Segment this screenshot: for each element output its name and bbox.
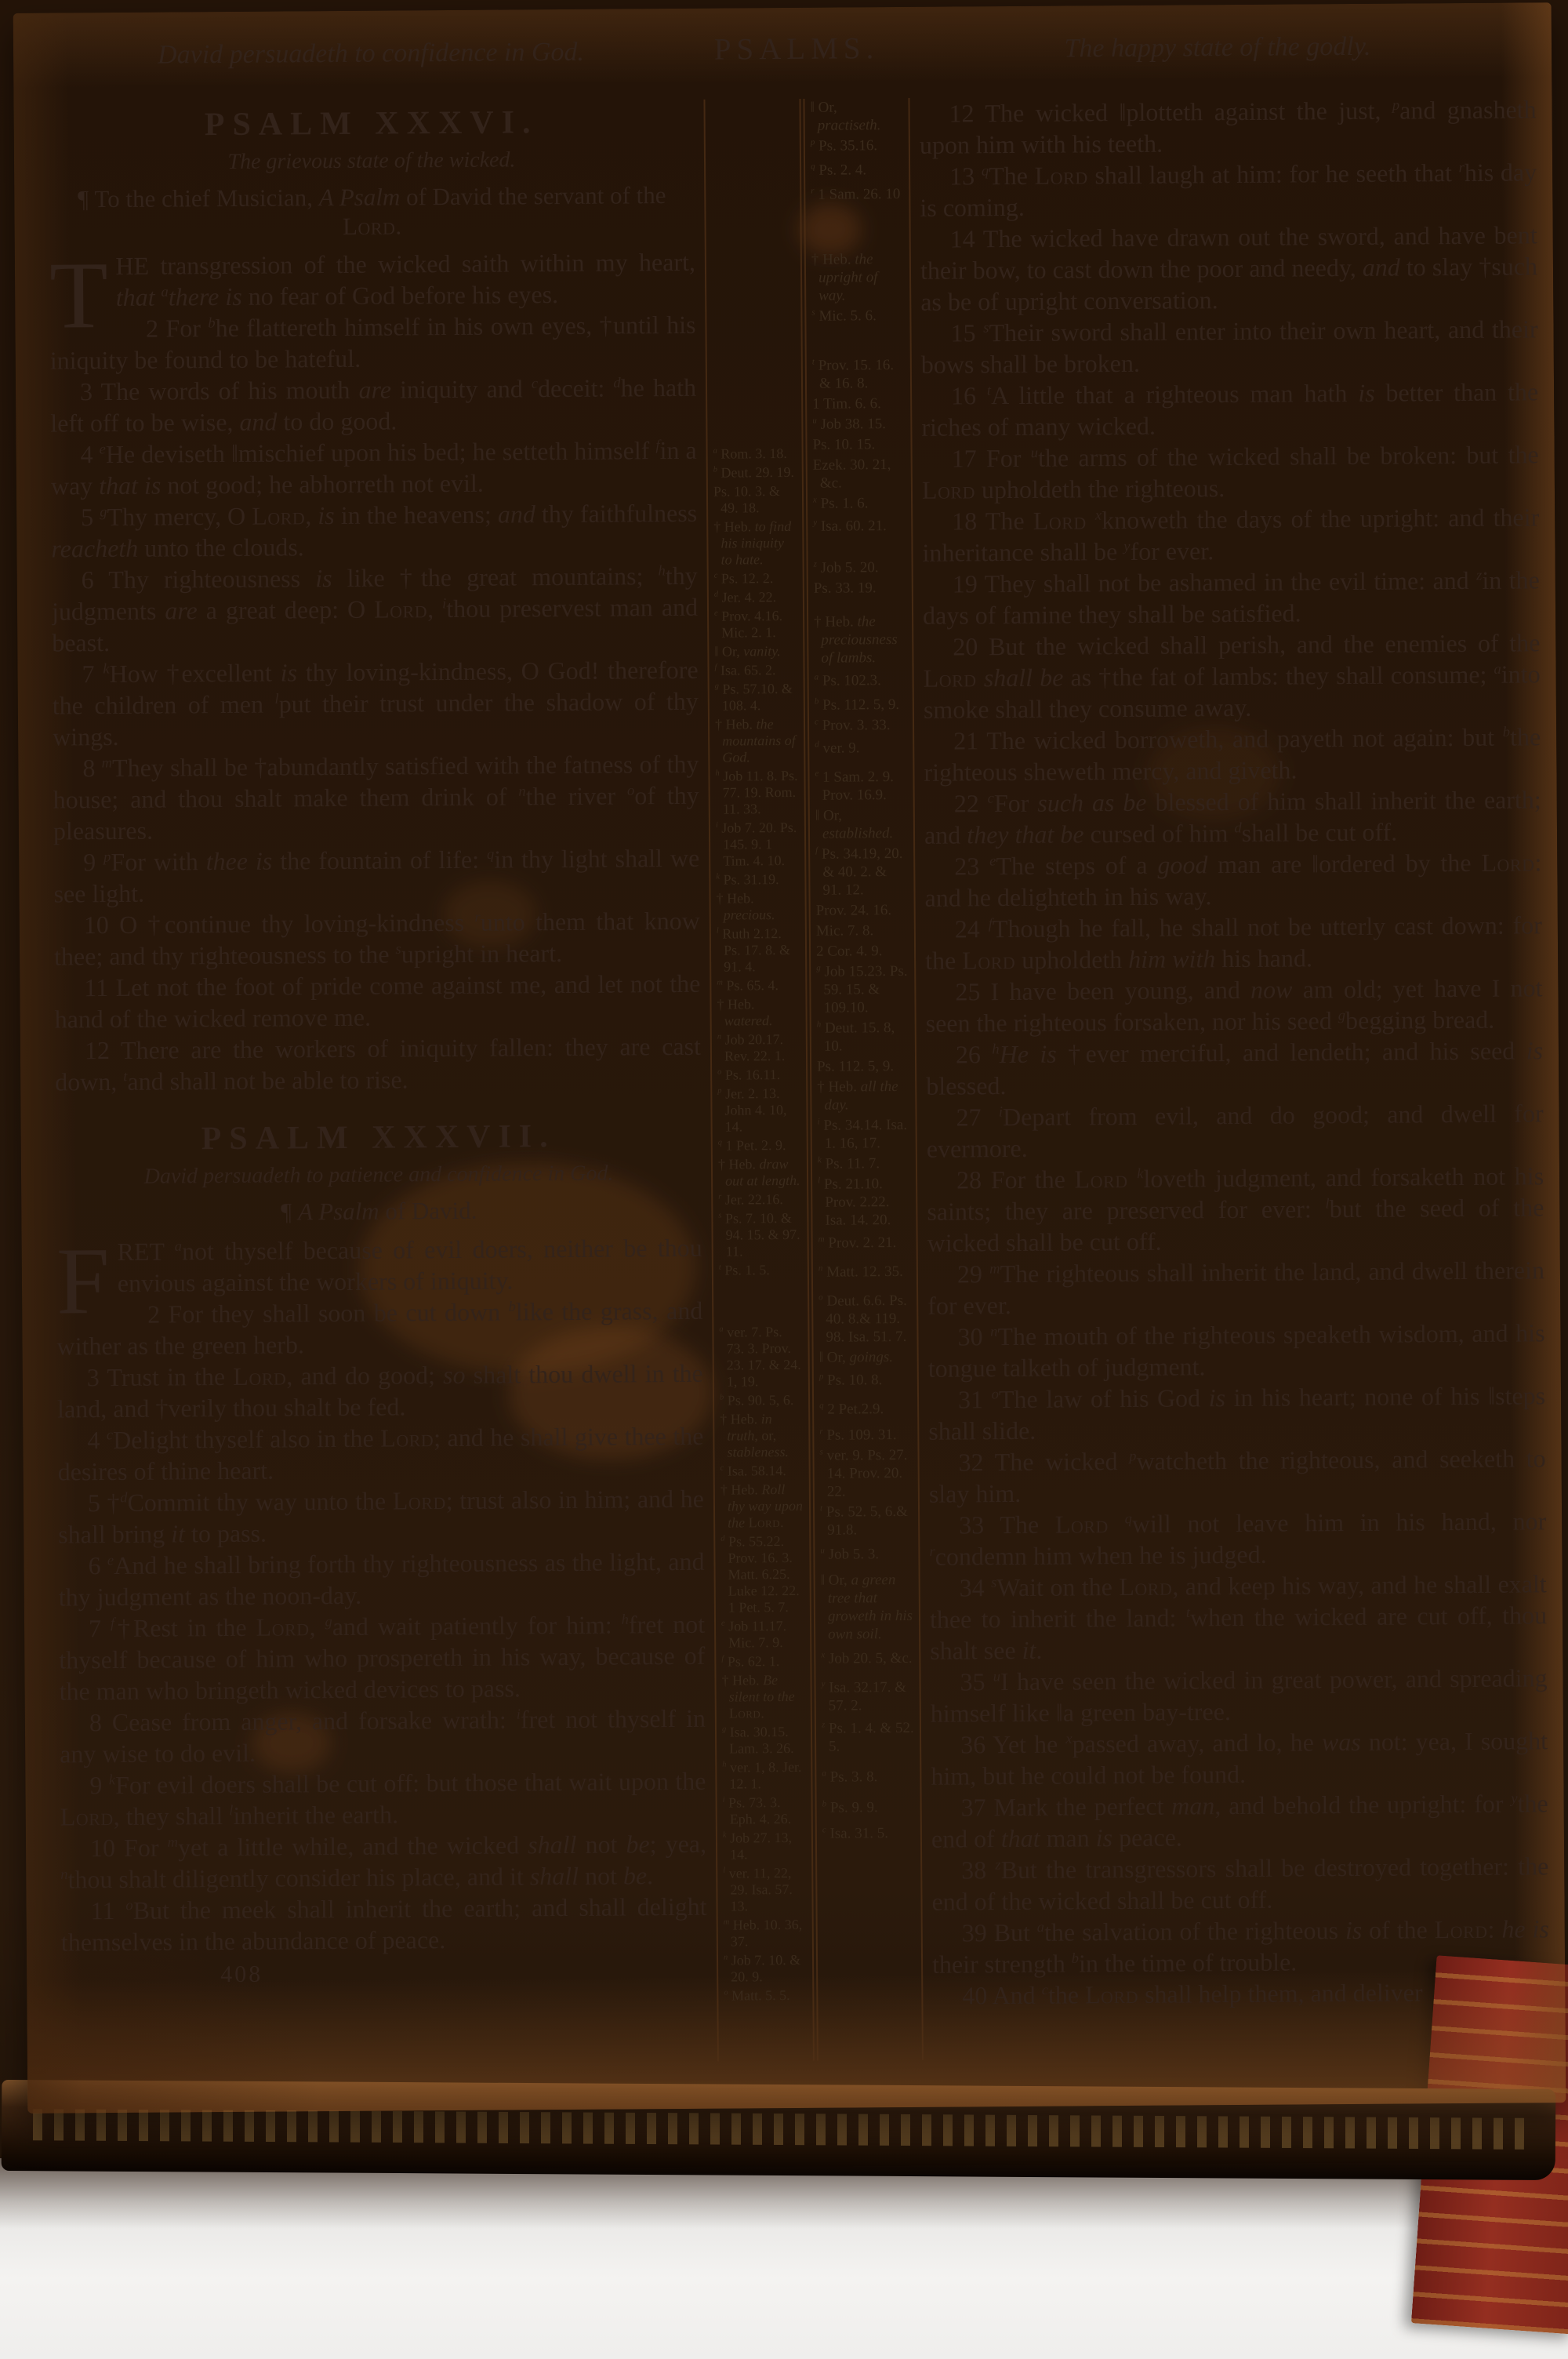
small-caps-lord: Lord [729, 1705, 761, 1721]
cross-reference-letter: g [325, 1613, 332, 1630]
cross-reference-letter: k [1137, 1165, 1143, 1182]
cross-reference-letter: m [724, 1918, 730, 1927]
margin-note: g Ps. 57.10. & 108. 4. [715, 681, 798, 714]
cross-reference-letter: t [820, 1503, 822, 1513]
margin-note: l ver. 11, 22, 29. Isa. 57. 13. [723, 1865, 806, 1915]
verse: 13 qThe Lord shall laugh at him: for he … [920, 156, 1537, 223]
cross-reference-letter: m [167, 1834, 178, 1851]
margin-note: Ps. 10. 15. [812, 435, 905, 454]
psalm-36-subtitle: The grievous state of the wicked. [49, 147, 695, 176]
cross-reference-letter: a [815, 672, 819, 682]
verse: 27 iDepart from evil, and do good; and d… [926, 1097, 1544, 1164]
margin-note-group: a Rom. 3. 18.b Deut. 29. 19.Ps. 10. 3. &… [713, 445, 802, 1279]
verse: 6 eAnd he shall bring forth thy righteou… [58, 1546, 705, 1613]
small-caps-lord: Lord [252, 501, 305, 529]
small-caps-lord: Lord [256, 1612, 309, 1641]
cross-reference-letter: a [1037, 1919, 1044, 1936]
cross-reference-letter: b [1072, 1950, 1079, 1967]
margin-note: † Heb. the upright of way. [811, 250, 904, 305]
verse: 11 oBut the meek shall inherit the earth… [60, 1890, 707, 1957]
cross-reference-letter: h [715, 769, 719, 778]
cross-reference-letter: b [713, 466, 717, 474]
margin-note: h ver. 1, 8. Jer. 12. 1. [722, 1759, 805, 1793]
verse: 32 The wicked pwatcheth the righteous, a… [928, 1442, 1546, 1509]
cross-reference-letter: h [658, 563, 665, 580]
cross-reference-letter: l [1325, 1196, 1329, 1212]
verse: 19 They shall not be ashamed in the evil… [923, 564, 1541, 631]
cross-reference-letter: q [487, 846, 494, 863]
cross-reference-letter: u [820, 1546, 825, 1555]
cross-reference-letter: s [718, 1212, 721, 1220]
margin-note: u Job 38. 15. [812, 415, 905, 434]
cross-reference-letter: z [1476, 567, 1482, 583]
margin-note: b Ps. 112. 5, 9. [815, 696, 907, 714]
cross-reference-letter: e [107, 1552, 114, 1568]
cross-reference-letter: z [822, 1720, 825, 1729]
verse: 5 gThy mercy, O Lord, is in the heavens;… [51, 497, 698, 565]
cross-reference-letter: n [60, 1866, 67, 1883]
margin-note: a ver. 7. Ps. 73. 3. Prov. 23. 17. & 24.… [719, 1324, 803, 1390]
margin-note: p Ps. 10. 8. [819, 1371, 912, 1390]
verse: 9 kFor evil doers shall be cut off: but … [60, 1765, 706, 1833]
cross-reference-letter: y [1511, 1790, 1517, 1807]
small-caps-lord: Lord [1035, 161, 1088, 189]
margin-note: † Heb. Roll thy way upon the Lord. [720, 1481, 804, 1532]
psalm-37-verses-right: 12 The wicked ‖plotteth against the just… [919, 93, 1549, 2011]
cross-reference-letter: a [161, 284, 168, 300]
verse: 24 fThough he fall, he shall not be utte… [925, 909, 1543, 976]
cross-reference-letter: d [714, 591, 718, 599]
verse: 3 Trust in the Lord, and do good; so sha… [57, 1358, 704, 1425]
margin-note: Mic. 7. 8. [816, 921, 909, 940]
margin-note: q 2 Pet.2.9. [819, 1400, 912, 1419]
margin-note: q 1 Pet. 2. 9. [718, 1137, 801, 1154]
cross-reference-letter: b [1503, 724, 1510, 740]
margin-note: m Heb. 10. 36, 37. [724, 1917, 807, 1950]
margin-note: y Isa. 32.17. & 57. 2. [822, 1678, 914, 1715]
margin-note: c Isa. 58.14. [720, 1463, 804, 1480]
psalm-36: PSALM XXXVI. The grievous state of the w… [49, 103, 702, 1098]
cross-reference-letter: t [987, 383, 991, 399]
verse: 29 mThe righteous shall inherit the land… [927, 1254, 1545, 1321]
margin-note: i Ps. 34.14. Isa. 1. 16, 17. [818, 1116, 910, 1153]
cross-reference-letter: l [229, 1802, 233, 1819]
cross-reference-letter: a [713, 447, 717, 456]
margin-note: x Job 20. 5, &c. [821, 1649, 913, 1668]
cross-reference-letter: p [811, 137, 815, 147]
cross-reference-letter: z [814, 559, 817, 569]
verse: 39 But athe salvation of the righteous i… [932, 1913, 1550, 1979]
cross-reference-letter: p [1392, 97, 1399, 114]
margin-note: f Ps. 34.19, 20. & 40. 2. & 91. 12. [815, 845, 908, 900]
psalm-36-verses: THE transgression of the wicked saith wi… [49, 246, 702, 1098]
cross-reference-letter: b [208, 315, 215, 332]
cross-reference-letter: k [103, 661, 109, 678]
cross-reference-letter: r [474, 909, 480, 925]
verse: 16 tA little that a righteous man hath i… [921, 376, 1539, 442]
margin-note: l Ruth 2.12. Ps. 17. 8. & 91. 4. [717, 925, 800, 976]
cross-reference-letter: r [718, 1193, 721, 1201]
cross-reference-letter: f [989, 916, 993, 932]
margin-note: c Ps. 12. 2. [714, 570, 797, 587]
margin-note: Prov. 24. 16. [816, 901, 909, 920]
cross-reference-letter: r [819, 1427, 822, 1436]
cross-reference-letter: q [718, 1139, 722, 1147]
cross-reference-letter: c [532, 376, 538, 392]
cross-reference-letter: c [988, 791, 994, 807]
margin-note: † Heb. the mountains of God. [715, 716, 798, 766]
cross-reference-letter: m [989, 1260, 1000, 1277]
verse: 21 The wicked borroweth, and payeth not … [924, 721, 1541, 787]
margin-note: † Heb. Be silent to the Lord. [721, 1672, 804, 1722]
small-caps-lord: Lord [60, 1802, 114, 1830]
cross-reference-letter: n [990, 1324, 997, 1340]
verse: 7 kHow †excellent is thy loving-kindness… [52, 654, 699, 753]
cross-reference-letter: g [816, 963, 821, 972]
margin-references-column-1: a Rom. 3. 18.b Deut. 29. 19.Ps. 10. 3. &… [705, 99, 812, 2062]
margin-note: c Isa. 31. 5. [822, 1824, 915, 1843]
margin-note: † Heb. all the day. [817, 1078, 909, 1114]
verse: 6 Thy righteousness is like †the great m… [52, 560, 699, 659]
verse: 2 For bhe flattereth himself in his own … [49, 309, 696, 376]
psalm-37-subtitle: David persuadeth to patience and confide… [56, 1161, 702, 1190]
psalm-36-inscription: ¶ To the chief Musician, A Psalm of Davi… [74, 181, 670, 242]
cross-reference-letter: f [655, 438, 659, 454]
cross-reference-letter: f [721, 1655, 724, 1663]
margin-note: ‖ Or, vanity. [714, 643, 797, 660]
page-number: 408 [155, 1961, 328, 1989]
margin-note-group: a ver. 7. Ps. 73. 3. Prov. 23. 17. & 24.… [719, 1324, 807, 2005]
cross-reference-letter: b [508, 1299, 515, 1315]
verse: THE transgression of the wicked saith wi… [49, 246, 696, 314]
scanned-bible-page-photo: David persuadeth to confidence in God. P… [0, 0, 1568, 2359]
cross-reference-letter: b [815, 696, 819, 706]
psalm-36-title: PSALM XXXVI. [49, 103, 695, 145]
verse: 31 oThe law of his God is in his heart; … [928, 1379, 1546, 1446]
margin-note: t Prov. 15. 16. & 16. 8. [812, 356, 905, 393]
cross-reference-letter: y [813, 518, 817, 527]
cross-reference-letter: q [819, 1401, 824, 1410]
verse: 30 nThe mouth of the righteous speaketh … [927, 1317, 1545, 1383]
margin-note: n Job 20.17. Rev. 22. 1. [717, 1031, 800, 1065]
verse: 4 cDelight thyself also in the Lord; and… [57, 1420, 704, 1488]
margin-note: ‖ Or, goings. [819, 1348, 912, 1367]
cross-reference-letter: i [716, 821, 718, 830]
cross-reference-letter: r [1459, 159, 1465, 176]
cross-reference-letter: o [627, 783, 634, 799]
margin-note: † Heb. draw out at length. [718, 1156, 801, 1190]
margin-note: † Heb. watered. [717, 996, 800, 1030]
cross-reference-letter: i [723, 1796, 725, 1805]
text-columns: PSALM XXXVI. The grievous state of the w… [48, 93, 1549, 2066]
bible-page: David persuadeth to confidence in God. P… [13, 2, 1566, 2114]
cross-reference-letter: l [818, 1176, 820, 1185]
margin-note: h Job 11. 8. Ps. 77. 19. Rom. 11. 33. [715, 768, 798, 818]
cross-reference-letter: x [1095, 507, 1102, 524]
margin-note: k Job 27. 13, 14. [723, 1830, 806, 1863]
cross-reference-letter: o [991, 1386, 998, 1402]
verse: 15 sTheir sword shall enter into their o… [920, 313, 1538, 380]
cross-reference-letter: d [613, 375, 620, 391]
verse: 26 hHe is †ever merciful, and lendeth; a… [926, 1034, 1544, 1101]
margin-note: f Ps. 62. 1. [721, 1653, 804, 1670]
margin-note: ‖ Or, a green tree that groweth in his o… [821, 1571, 914, 1644]
verse: 9 pFor with thee is the fountain of life… [53, 842, 700, 910]
small-caps-lord: Lord [233, 1361, 286, 1390]
running-head-title: PSALMS. [694, 31, 899, 67]
cross-reference-letter: p [103, 849, 111, 866]
cross-reference-letter: p [819, 1372, 824, 1381]
cross-reference-letter: l [723, 1866, 725, 1875]
margin-note: s Mic. 5. 6. [811, 307, 904, 325]
cross-reference-letter: o [717, 1068, 721, 1077]
psalm-37-verses-left: FRET anot thyself because of evil doers,… [56, 1232, 707, 1958]
verse: 7 f†Rest in the Lord, gand wait patientl… [59, 1608, 706, 1707]
small-caps-lord: Lord [380, 1423, 434, 1452]
margin-note: t Ps. 1. 5. [719, 1262, 802, 1279]
verse: 4 eHe deviseth ‖mischief upon his bed; h… [50, 434, 697, 502]
margin-note: f Isa. 65. 2. [714, 662, 797, 679]
verse: 28 For the Lord kloveth judgment, and fo… [927, 1160, 1544, 1258]
margin-note: p Jer. 2. 13. John 4. 10, 14. [717, 1085, 800, 1136]
cross-reference-letter: h [621, 1612, 628, 1628]
cross-reference-letter: m [102, 755, 113, 772]
cross-reference-letter: t [719, 1263, 721, 1272]
cross-reference-letter: o [818, 1292, 823, 1302]
margin-note: 2 Cor. 4. 9. [816, 942, 909, 961]
margin-note: d ver. 9. [815, 739, 907, 758]
cross-reference-letter: i [999, 1103, 1003, 1120]
small-caps-lord: Lord [393, 1486, 446, 1514]
verse: 17 For uthe arms of the wicked shall be … [922, 438, 1540, 505]
cross-reference-letter: c [815, 717, 818, 726]
margin-note: m Ps. 65. 4. [717, 977, 800, 994]
cross-reference-letter: i [442, 596, 446, 612]
cross-reference-letter: q [811, 162, 815, 171]
verse: 10 O †continue thy loving-kindness runto… [54, 905, 701, 972]
margin-note: † Heb. in truth, or, stableness. [720, 1411, 803, 1461]
cross-reference-letter: k [723, 1831, 727, 1840]
small-caps-lord: Lord [1033, 506, 1087, 534]
psalm-37-title: PSALM XXXVII. [56, 1117, 702, 1159]
cross-reference-letter: d [1234, 820, 1241, 836]
margin-note: s Ps. 7. 10. & 94. 15. & 97. 11. [718, 1210, 801, 1260]
gilt-tooling-pattern [33, 2109, 1525, 2149]
cross-reference-letter: n [518, 783, 525, 800]
cross-reference-letter: i [517, 1706, 521, 1722]
verse: 14 The wicked have drawn out the sword, … [920, 219, 1538, 317]
cross-reference-letter: m [717, 979, 723, 987]
cross-reference-letter: n [818, 1263, 823, 1273]
verse: 34 sWait on the Lord, and keep his way, … [930, 1568, 1548, 1666]
verse: 3 The words of his mouth are iniquity an… [50, 372, 697, 439]
cross-reference-letter: o [724, 1989, 728, 1997]
verse: 20 But the wicked shall perish, and the … [923, 627, 1541, 725]
cross-reference-letter: g [715, 682, 719, 691]
cross-reference-letter: h [992, 1041, 999, 1057]
cross-reference-letter: t [1186, 1605, 1190, 1621]
small-caps-lord: Lord [1055, 1510, 1109, 1538]
cross-reference-letter: a [1494, 661, 1501, 678]
verse: 37 Mark the perfect man, and behold the … [931, 1787, 1549, 1854]
cross-reference-letter: c [714, 572, 718, 580]
verse: 10 For myet a little while, and the wick… [60, 1827, 707, 1895]
margin-note: e Prov. 4.16. Mic. 2. 1. [714, 608, 797, 642]
margin-note: o Deut. 6.6. Ps. 40. 8.& 119. 98. Isa. 5… [818, 1292, 911, 1347]
margin-references-column-2: ‖ Or, practiseth.p Ps. 35.16.q Ps. 2. 4.… [804, 98, 921, 2061]
verse: 8 Cease from anger, and forsake wrath: i… [60, 1703, 706, 1770]
cross-reference-letter: n [724, 1954, 728, 1962]
cross-reference-letter: s [811, 307, 815, 317]
margin-note: b Ps. 9. 9. [822, 1798, 915, 1817]
cross-reference-letter: k [716, 873, 720, 881]
verse: 25 I have been young, and now am old; ye… [925, 972, 1543, 1038]
margin-note: † Heb. precious. [717, 890, 800, 924]
margin-note: ‖ Or, practiseth. [810, 98, 902, 135]
margin-note: k Ps. 11. 7. [818, 1154, 910, 1173]
cross-reference-letter: u [812, 416, 817, 425]
cross-reference-letter: c [720, 1464, 724, 1473]
cross-reference-letter: b [822, 1799, 827, 1808]
cross-reference-letter: e [714, 609, 718, 618]
cross-reference-letter: t [123, 1068, 127, 1085]
running-head: David persuadeth to confidence in God. P… [48, 26, 1536, 71]
cross-reference-letter: y [822, 1679, 826, 1688]
cross-reference-letter: i [818, 1117, 820, 1126]
cross-reference-letter: f [111, 1615, 114, 1631]
margin-note: y Isa. 60. 21. [813, 517, 906, 536]
verse: 18 The Lord xknoweth the days of the upr… [922, 501, 1540, 568]
cross-reference-letter: l [274, 691, 278, 707]
verse: 38 zBut the transgressors shall be destr… [931, 1850, 1549, 1917]
margin-note: p Ps. 35.16. [811, 136, 903, 155]
cross-reference-letter: k [818, 1155, 822, 1165]
cross-reference-letter: e [815, 769, 818, 778]
margin-note: † Heb. the preciousness of lambs. [814, 612, 906, 667]
margin-note: g Isa. 30.15. Lam. 3. 26. [722, 1724, 805, 1757]
cross-reference-letter: n [717, 1033, 721, 1041]
margin-note: † Heb. to find his iniquity to hate. [713, 518, 797, 569]
cross-reference-letter: g [100, 504, 107, 521]
margin-note: a Rom. 3. 18. [713, 445, 797, 463]
cross-reference-letter: q [1124, 1510, 1131, 1527]
verse: 23 eThe steps of a good man are ‖ordered… [924, 846, 1542, 913]
small-caps-lord: Lord [923, 663, 976, 692]
margin-note: o Matt. 5. 5. [724, 1987, 807, 2005]
margin-note: e Job 11.17. Mic. 7. 9. [721, 1618, 804, 1652]
cross-reference-letter: z [995, 1856, 1000, 1873]
cross-reference-letter: t [812, 357, 815, 366]
margin-note: l Ps. 21.10. Prov. 2.22. Isa. 14. 20. [818, 1175, 910, 1230]
cross-reference-letter: g [722, 1725, 726, 1734]
cross-reference-letter: s [819, 1447, 822, 1456]
margin-note: ‖ Or, established. [815, 806, 908, 843]
verse: 12 The wicked ‖plotteth against the just… [919, 93, 1537, 160]
cross-reference-letter: s [395, 941, 401, 958]
drop-cap: F [56, 1236, 118, 1323]
verse: 11 Let not the foot of pride come agains… [54, 968, 701, 1035]
small-caps-lord: Lord [343, 212, 396, 239]
margin-note: Ezek. 30. 21, &c. [813, 456, 906, 493]
cross-reference-letter: u [1031, 445, 1038, 461]
margin-note: q Ps. 2. 4. [811, 161, 903, 180]
running-head-right: The happy state of the godly. [899, 31, 1536, 65]
margin-note: n Matt. 12. 35. [818, 1263, 911, 1281]
small-caps-lord: Lord [1074, 1165, 1127, 1193]
cross-reference-letter: o [125, 1897, 132, 1914]
margin-note: k Ps. 31.19. [716, 871, 799, 889]
small-caps-lord: Lord [1481, 848, 1534, 876]
margin-note: r Jer. 22.16. [718, 1191, 801, 1209]
cross-reference-letter: e [100, 442, 106, 458]
cross-reference-letter: f [714, 663, 717, 672]
cross-reference-letter: k [109, 1772, 115, 1788]
verse: 8 mThey shall be †abundantly satisfied w… [53, 748, 699, 847]
cross-reference-letter: d [120, 1489, 127, 1506]
cross-reference-letter: a [175, 1238, 182, 1254]
running-head-left: David persuadeth to confidence in God. [48, 37, 694, 71]
margin-note: o Ps. 16.11. [717, 1067, 800, 1084]
margin-note: m Prov. 2. 21. [818, 1234, 911, 1252]
small-caps-lord: Lord [1085, 1980, 1138, 2008]
cross-reference-letter: e [989, 852, 996, 869]
cross-reference-letter: l [717, 927, 719, 936]
margin-note: Ps. 112. 5, 9. [817, 1057, 909, 1076]
margin-note: b Ps. 90. 5, 6. [720, 1392, 803, 1409]
margin-note: d Ps. 55.22. Prov. 16. 3. Matt. 6.25. Lu… [720, 1533, 804, 1616]
right-text-column: 12 The wicked ‖plotteth against the just… [909, 93, 1549, 2060]
margin-note: z Ps. 1. 4. & 52. 5. [822, 1719, 914, 1756]
cross-reference-letter: u [993, 1668, 1000, 1685]
margin-note: z Job 5. 20. [814, 558, 906, 577]
cross-reference-letter: x [813, 495, 817, 504]
margin-note: u Job 5. 3. [820, 1545, 913, 1564]
margin-note: r Ps. 109. 31. [819, 1426, 912, 1445]
verse: 33 The Lord qwill not leave him in his h… [929, 1505, 1547, 1572]
margin-note: i Ps. 73. 3. Eph. 4. 26. [723, 1794, 806, 1828]
margin-note: t Ps. 52. 5, 6.& 91.8. [820, 1503, 913, 1539]
small-caps-lord: Lord [922, 475, 975, 503]
cross-reference-letter: d [815, 740, 819, 749]
psalm-37-part-1: PSALM XXXVII. David persuadeth to patien… [56, 1117, 707, 1957]
cross-reference-letter: a [719, 1325, 723, 1334]
cross-reference-letter: c [1042, 1982, 1048, 1998]
left-text-column: PSALM XXXVI. The grievous state of the w… [48, 100, 717, 2066]
verse: 36 Yet he xpassed away, and lo, he was n… [931, 1725, 1548, 1791]
margin-note: i Job 7. 20. Ps. 145. 9. 1 Tim. 4. 10. [716, 820, 799, 870]
margin-note: s ver. 9. Ps. 27. 14. Prov. 20. 22. [819, 1446, 912, 1501]
small-caps-lord: Lord [374, 594, 427, 623]
cross-reference-letter: b [720, 1394, 724, 1402]
cross-reference-letter: g [1338, 1007, 1345, 1023]
cross-reference-letter: f [815, 845, 818, 855]
cross-reference-letter: h [817, 1020, 822, 1029]
cross-reference-letter: q [982, 163, 989, 180]
cross-reference-letter: m [818, 1234, 825, 1244]
margin-note: e 1 Sam. 2. 9. Prov. 16.9. [815, 768, 907, 805]
cross-reference-letter: p [1129, 1448, 1136, 1464]
small-caps-lord: Lord [1434, 1915, 1487, 1943]
drop-cap: T [49, 250, 116, 337]
cross-reference-letter: c [107, 1427, 113, 1443]
verse: 35 uI have seen the wicked in great powe… [930, 1662, 1548, 1728]
verse: 12 There are the workers of iniquity fal… [55, 1030, 702, 1098]
cross-reference-letter: s [991, 1575, 996, 1591]
cross-reference-letter: r [929, 1543, 935, 1560]
verse: 22 cFor such as be blessed of him shall … [924, 783, 1542, 850]
psalm-37-inscription: ¶ A Psalm of David. [82, 1195, 676, 1228]
cross-reference-letter: s [983, 320, 989, 336]
